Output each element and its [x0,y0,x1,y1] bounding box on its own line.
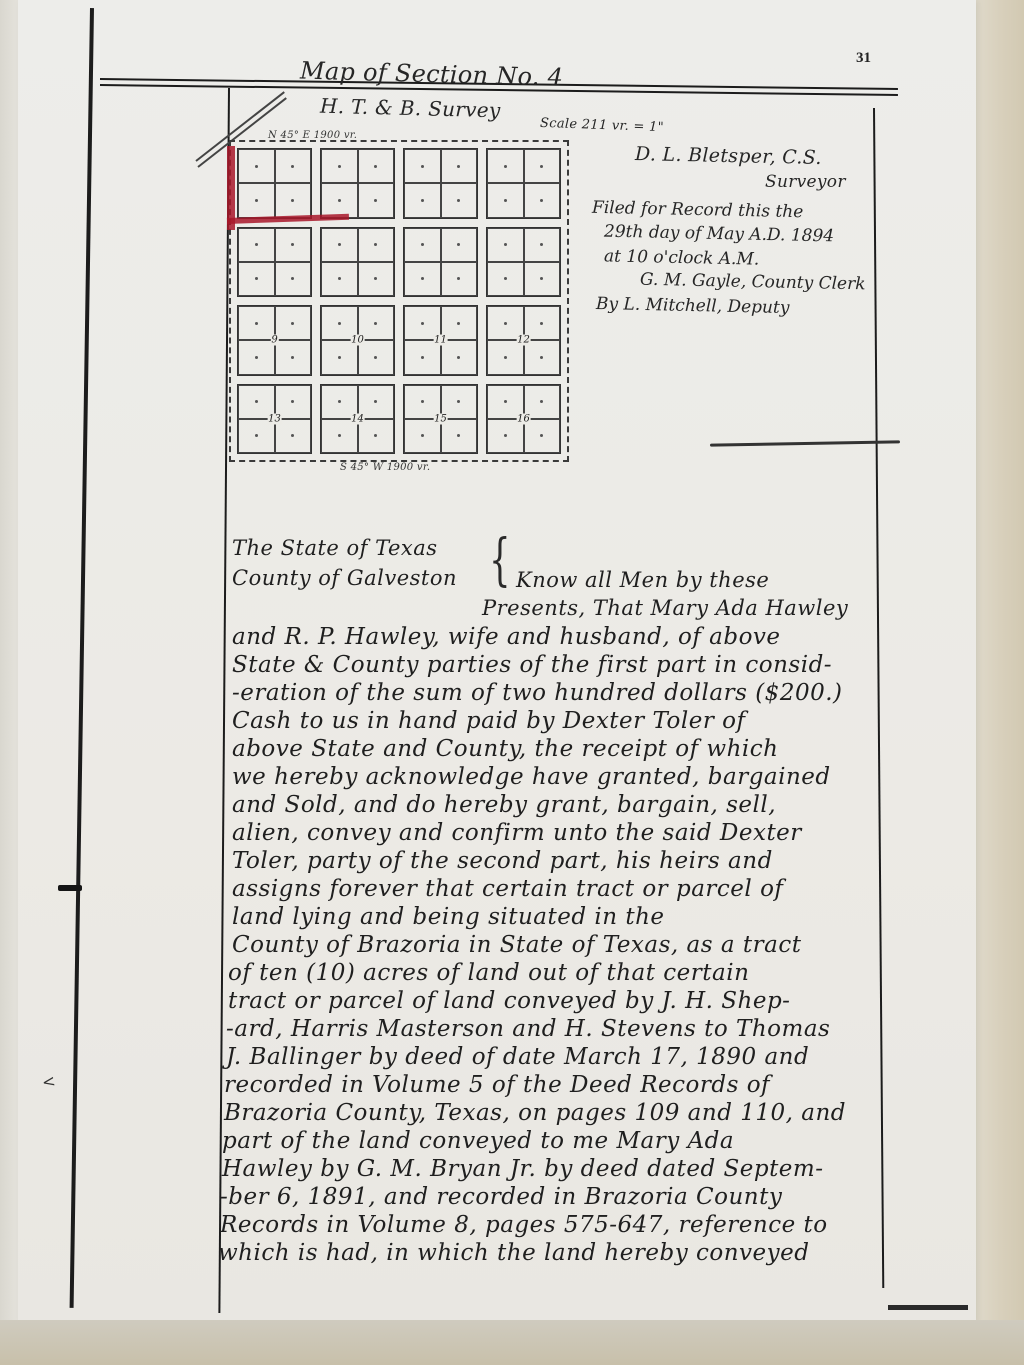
map-lot [487,149,524,183]
map-lot [358,183,395,217]
block-number: 15 [433,413,448,424]
deed-line: Records in Volume 8, pages 575-647, refe… [220,1212,828,1238]
map-block [320,227,395,298]
table-surface [0,1320,1024,1365]
map-lot [238,306,275,340]
map-block [403,148,478,219]
map-block: 16 [486,384,561,455]
deed-line: Cash to us in hand paid by Dexter Toler … [232,708,746,734]
map-lot [275,228,312,262]
margin-mark [58,885,82,891]
filing-line: at 10 o'clock A.M. [604,246,760,269]
deed-line: Hawley by G. M. Bryan Jr. by deed dated … [222,1156,824,1182]
deed-line: Brazoria County, Texas, on pages 109 and… [224,1100,846,1126]
map-lot [358,228,395,262]
map-lot [321,228,358,262]
map-lot [358,149,395,183]
map-lot [238,149,275,183]
map-block [237,148,312,219]
map-lot [441,262,478,296]
block-number: 16 [516,413,531,424]
deed-line: we hereby acknowledge have granted, barg… [232,764,831,790]
deed-line: above State and County, the receipt of w… [232,736,778,762]
map-lot [321,183,358,217]
map-block: 12 [486,305,561,376]
map-lot [238,183,275,217]
map-block: 13 [237,384,312,455]
deed-line: tract or parcel of land conveyed by J. H… [228,988,790,1014]
map-block: 14 [320,384,395,455]
block-number: 13 [267,413,282,424]
map-lot [238,228,275,262]
map-block: 10 [320,305,395,376]
map-bottom-boundary-label: S 45° W 1900 vr. [340,462,430,473]
map-lot [441,228,478,262]
map-lot [441,149,478,183]
deed-line: J. Ballinger by deed of date March 17, 1… [226,1044,809,1070]
map-block [237,227,312,298]
map-lot [321,262,358,296]
map-block: 9 [237,305,312,376]
map-lot [358,262,395,296]
map-lot [275,262,312,296]
map-lot [524,262,561,296]
surveyor-role: Surveyor [765,172,846,192]
block-number: 12 [516,335,531,346]
map-block [320,148,395,219]
map-lot [275,149,312,183]
block-number: 9 [270,335,278,346]
deed-line: land lying and being situated in the [232,904,665,930]
map-block [486,227,561,298]
deed-heading-state: The State of Texas [232,536,438,560]
map-lot [487,228,524,262]
block-number: 11 [433,335,448,346]
deed-line: -ard, Harris Masterson and H. Stevens to… [226,1016,830,1042]
deed-line: part of the land conveyed to me Mary Ada [222,1128,734,1154]
map-lot [487,183,524,217]
map-lot [404,228,441,262]
deed-line: which is had, in which the land hereby c… [218,1240,809,1266]
brace-symbol: { [489,528,510,593]
map-lot [441,183,478,217]
map-lot [404,149,441,183]
map-lot [238,262,275,296]
map-lot [524,228,561,262]
block-number: 10 [350,335,365,346]
deed-line: of ten (10) acres of land out of that ce… [228,960,749,986]
deed-heading-county: County of Galveston [232,566,457,590]
deed-line: County of Brazoria in State of Texas, as… [232,932,801,958]
deed-line: -ber 6, 1891, and recorded in Brazoria C… [220,1184,782,1210]
map-lot [321,149,358,183]
deed-line: -eration of the sum of two hundred dolla… [232,680,843,706]
map-lot [275,183,312,217]
deed-line: assigns forever that certain tract or pa… [232,876,783,902]
deed-line: Toler, party of the second part, his hei… [232,848,773,874]
map-lot [404,262,441,296]
survey-map: 910111213141516 [229,140,569,462]
map-lot [524,149,561,183]
deed-line: Know all Men by these [516,568,769,592]
deed-line: recorded in Volume 5 of the Deed Records… [224,1072,770,1098]
map-block: 15 [403,384,478,455]
map-lot [524,183,561,217]
map-lot [487,262,524,296]
map-lot [238,340,275,374]
survey-grid: 910111213141516 [237,148,561,454]
map-lot [404,183,441,217]
deed-line: and R. P. Hawley, wife and husband, of a… [232,624,781,650]
filing-line: By L. Mitchell, Deputy [596,294,790,318]
map-block [403,227,478,298]
deed-line: State & County parties of the first part… [232,652,832,678]
map-block [486,148,561,219]
bottom-margin-mark [888,1305,968,1310]
deed-line: alien, convey and confirm unto the said … [232,820,802,846]
surveyor-name: D. L. Bletsper, C.S. [635,143,822,169]
map-block: 11 [403,305,478,376]
deed-line: Presents, That Mary Ada Hawley [482,596,848,620]
deed-line: and Sold, and do hereby grant, bargain, … [232,792,776,818]
block-number: 14 [350,413,365,424]
map-subtitle: H. T. & B. Survey [320,94,501,123]
map-lot [275,306,312,340]
page-number: 31 [856,50,871,67]
map-lot [275,340,312,374]
